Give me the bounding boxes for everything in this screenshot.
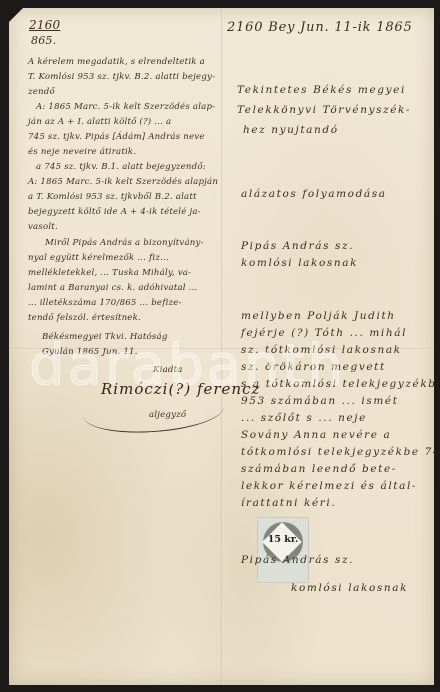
stamp-value: 15 kr. xyxy=(258,534,308,545)
left-line-3: zendő xyxy=(28,85,55,100)
left-line-5: ján az A + I. alatti költő (?) ... a xyxy=(28,115,171,130)
left-line-12: vasolt. xyxy=(28,220,58,235)
ref-year: 865. xyxy=(31,34,56,47)
revenue-stamp: 15 kr. xyxy=(257,517,309,583)
left-line-7: és neje neveire átiratik. xyxy=(28,145,136,160)
left-line-1: A kérelem megadatik, s elrendeltetik a xyxy=(28,55,205,70)
body-line-11: lekkor kérelmezi és által- xyxy=(241,478,417,495)
left-line-10: a T. Komlósi 953 sz. tjkvből B.2. alatt xyxy=(28,190,197,205)
left-line-9: A: 1865 Marc. 5-ik kelt Szerzödés alapjá… xyxy=(28,175,218,190)
petitioner-line-1: Pipás András sz. xyxy=(241,238,354,255)
body-line-8: Sovány Anna nevére a xyxy=(241,427,391,444)
right-header: 2160 Bey Jun. 11-ik 1865 xyxy=(227,20,413,35)
left-line-8: a 745 sz. tjkv. B.1. alatt bejegyzendő: xyxy=(36,160,206,175)
left-line-13: Miről Pipás András a bizonyítvány- xyxy=(45,236,204,251)
paper-sheet: 2160 865. A kérelem megadatik, s elrende… xyxy=(9,8,434,685)
closing-line-2: komlósi lakosnak xyxy=(291,580,408,597)
document-scan: 2160 865. A kérelem megadatik, s elrende… xyxy=(0,0,440,692)
address-line-3: hez nyujtandó xyxy=(243,122,339,139)
left-line-15: mellékletekkel, ... Tuska Mihály, va- xyxy=(28,266,191,281)
watermark: darabanth xyxy=(29,333,346,398)
body-line-9: tótkomlósi telekjegyzékbe 745 xyxy=(241,444,440,461)
closing-line-1: Pipás András sz. xyxy=(241,552,354,569)
left-line-4: A: 1865 Marc. 5-ik kelt Szerzödés alap- xyxy=(36,100,215,115)
body-line-7: ... szőlőt s ... neje xyxy=(241,410,367,427)
left-line-6: 745 sz. tjkv. Pipás [Ádám] András neve xyxy=(28,130,205,145)
left-line-11: bejegyzett költő ide A + 4-ik tételé ja- xyxy=(28,205,201,220)
petitioner-line-2: komlósi lakosnak xyxy=(241,255,358,272)
signature-title: aljegyző xyxy=(149,408,186,423)
left-line-17: ... illetékszáma 170/865 ... befize- xyxy=(28,296,182,311)
left-line-16: lamint a Baranyai cs. k. adóhivatal ... xyxy=(28,281,197,296)
left-line-14: nyal együtt kérelmezők ... fiz... xyxy=(28,251,169,266)
petition-subject: alázatos folyamodása xyxy=(241,186,387,203)
ref-number: 2160 xyxy=(29,18,60,32)
left-line-18: tendő felszól. értesítnek. xyxy=(28,311,141,326)
address-line-2: Telekkönyvi Törvényszék- xyxy=(237,102,411,119)
address-line-1: Tekintetes Békés megyei xyxy=(237,82,406,99)
body-line-12: írattatni kéri. xyxy=(241,495,336,512)
body-line-10: számában leendő bete- xyxy=(241,461,397,478)
left-line-2: T. Komlósi 953 sz. tjkv. B.2. alatti bej… xyxy=(28,70,215,85)
body-line-1: mellyben Polják Judith xyxy=(241,308,396,325)
